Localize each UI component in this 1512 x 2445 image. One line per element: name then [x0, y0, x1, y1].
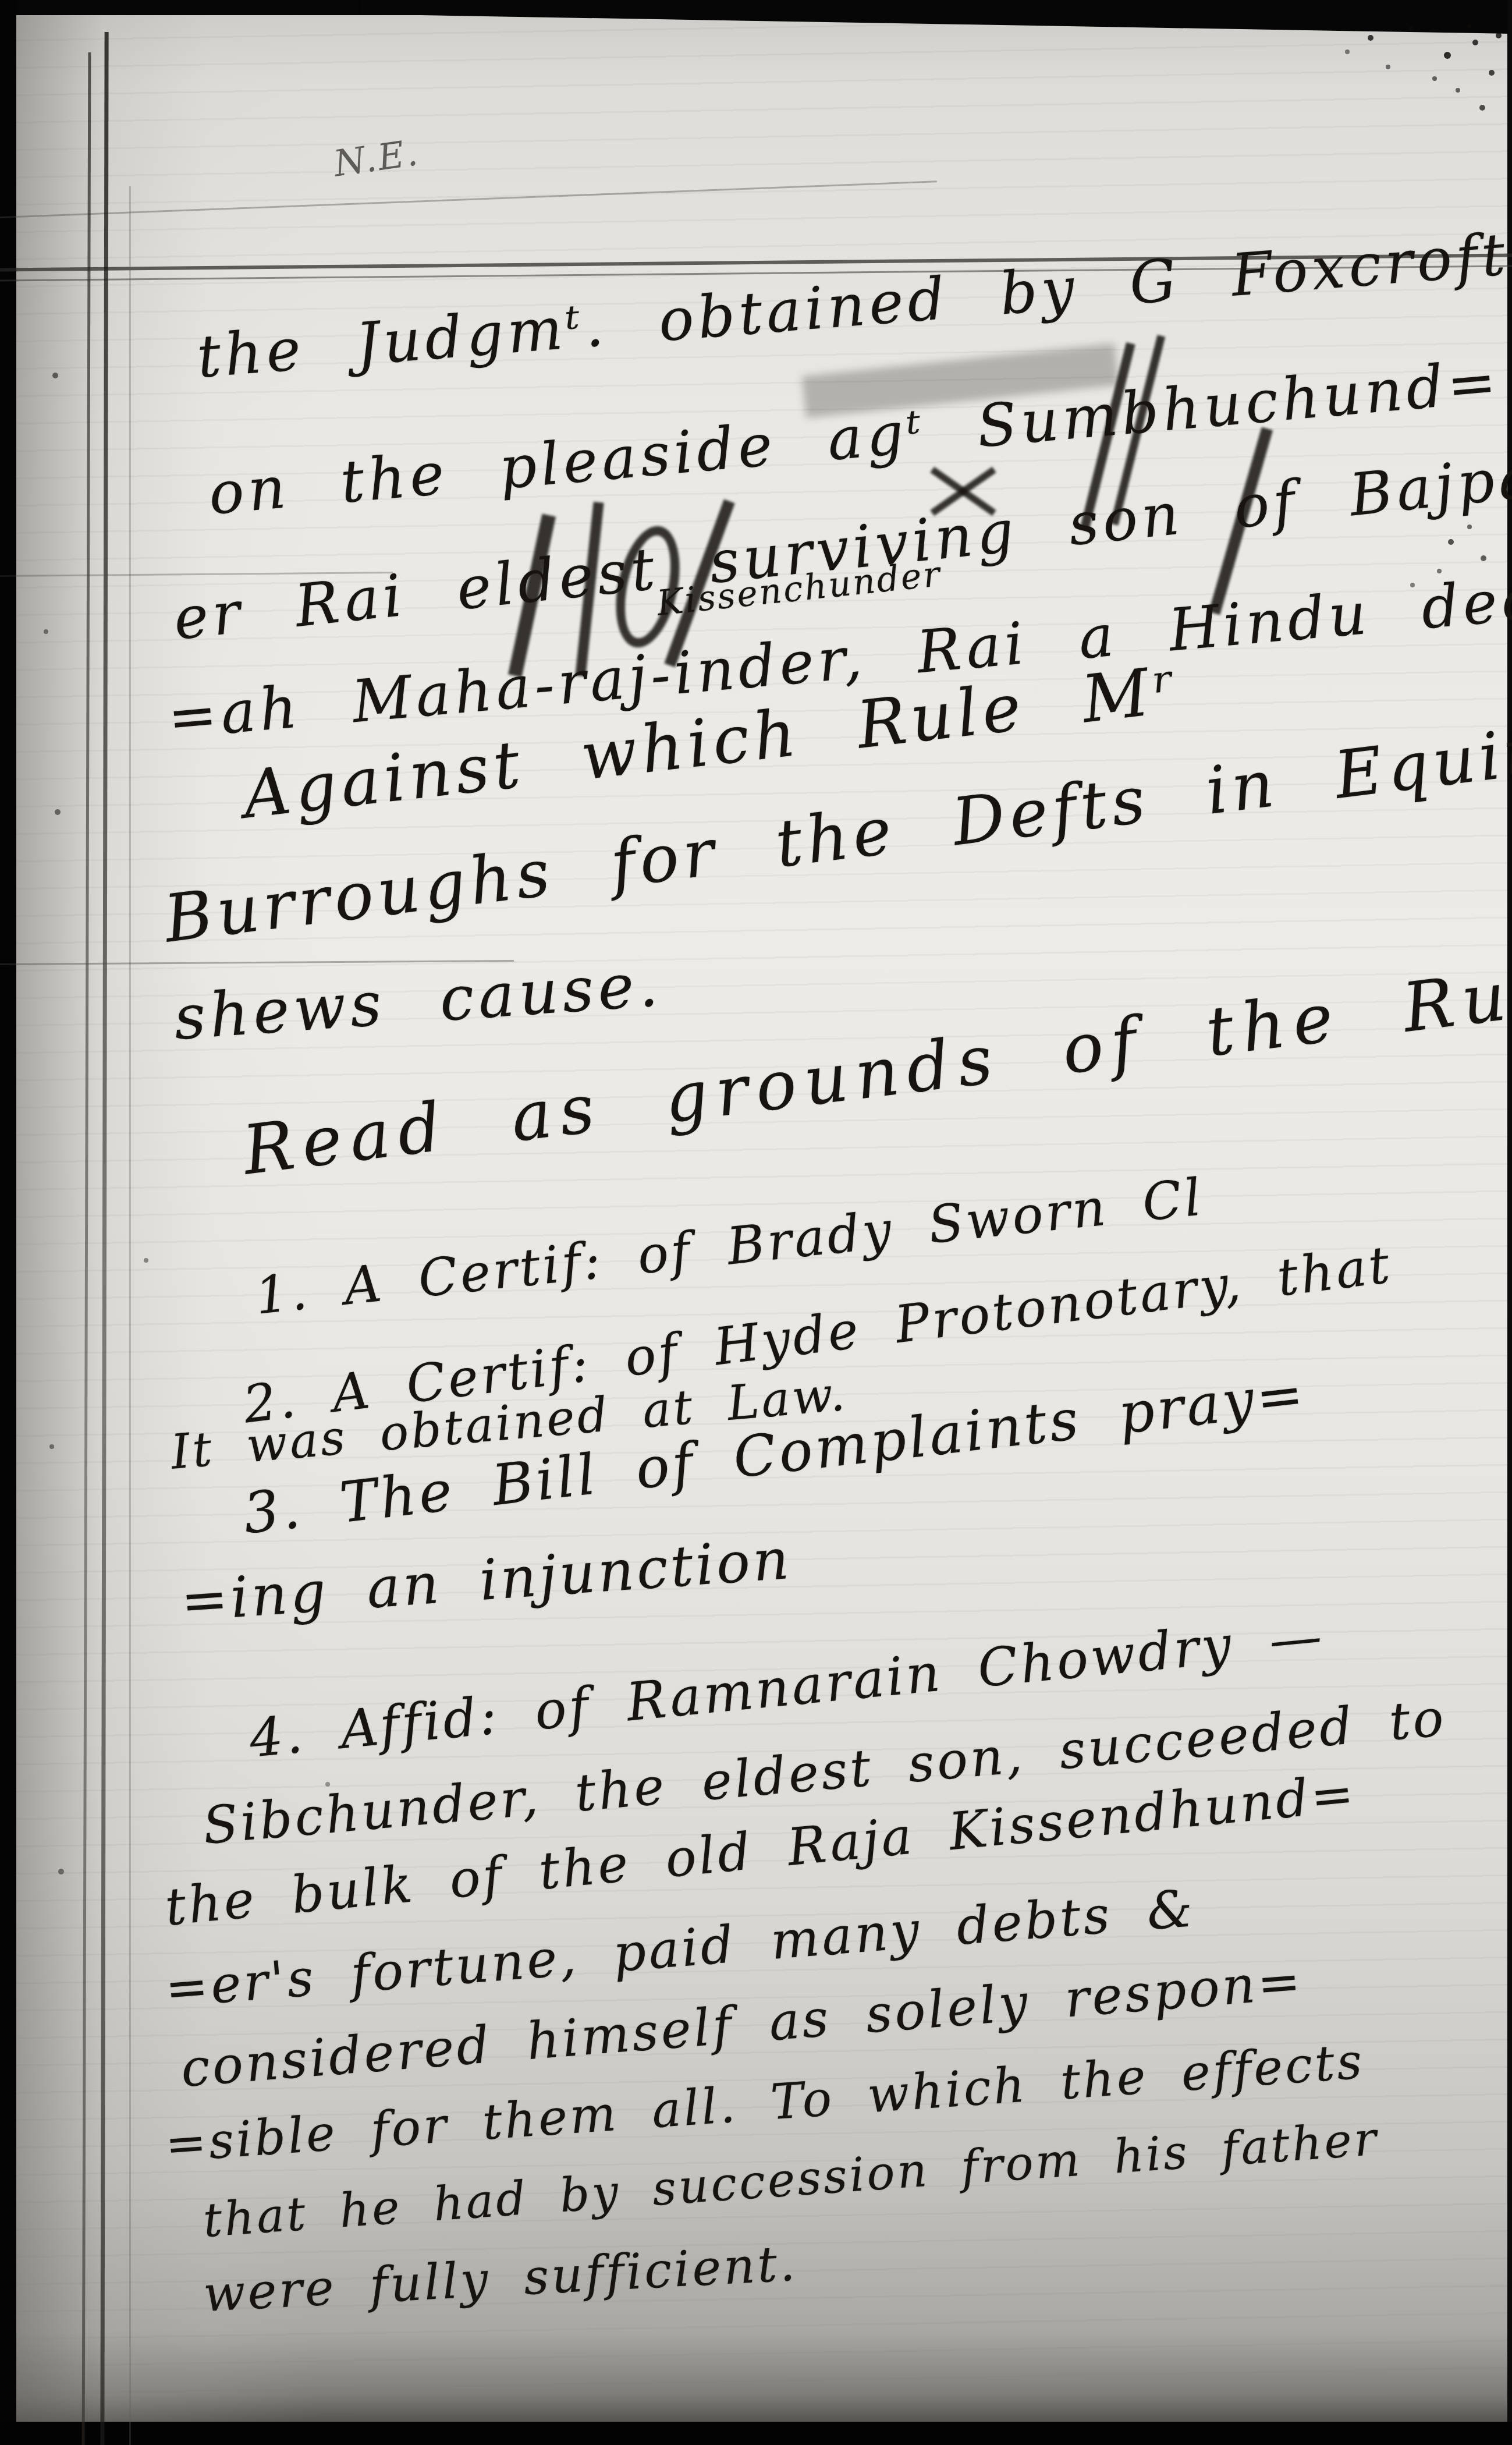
scan-edge-right	[1507, 0, 1512, 2445]
scanned-manuscript-page: N.E. the Judgmᵗ. obtained by G Foxcroft …	[0, 0, 1512, 2445]
left-fold-line	[129, 186, 131, 2445]
scan-edge-left	[0, 0, 16, 2445]
scan-edge-bottom	[0, 2422, 1512, 2445]
ink-specks	[0, 0, 3, 3]
